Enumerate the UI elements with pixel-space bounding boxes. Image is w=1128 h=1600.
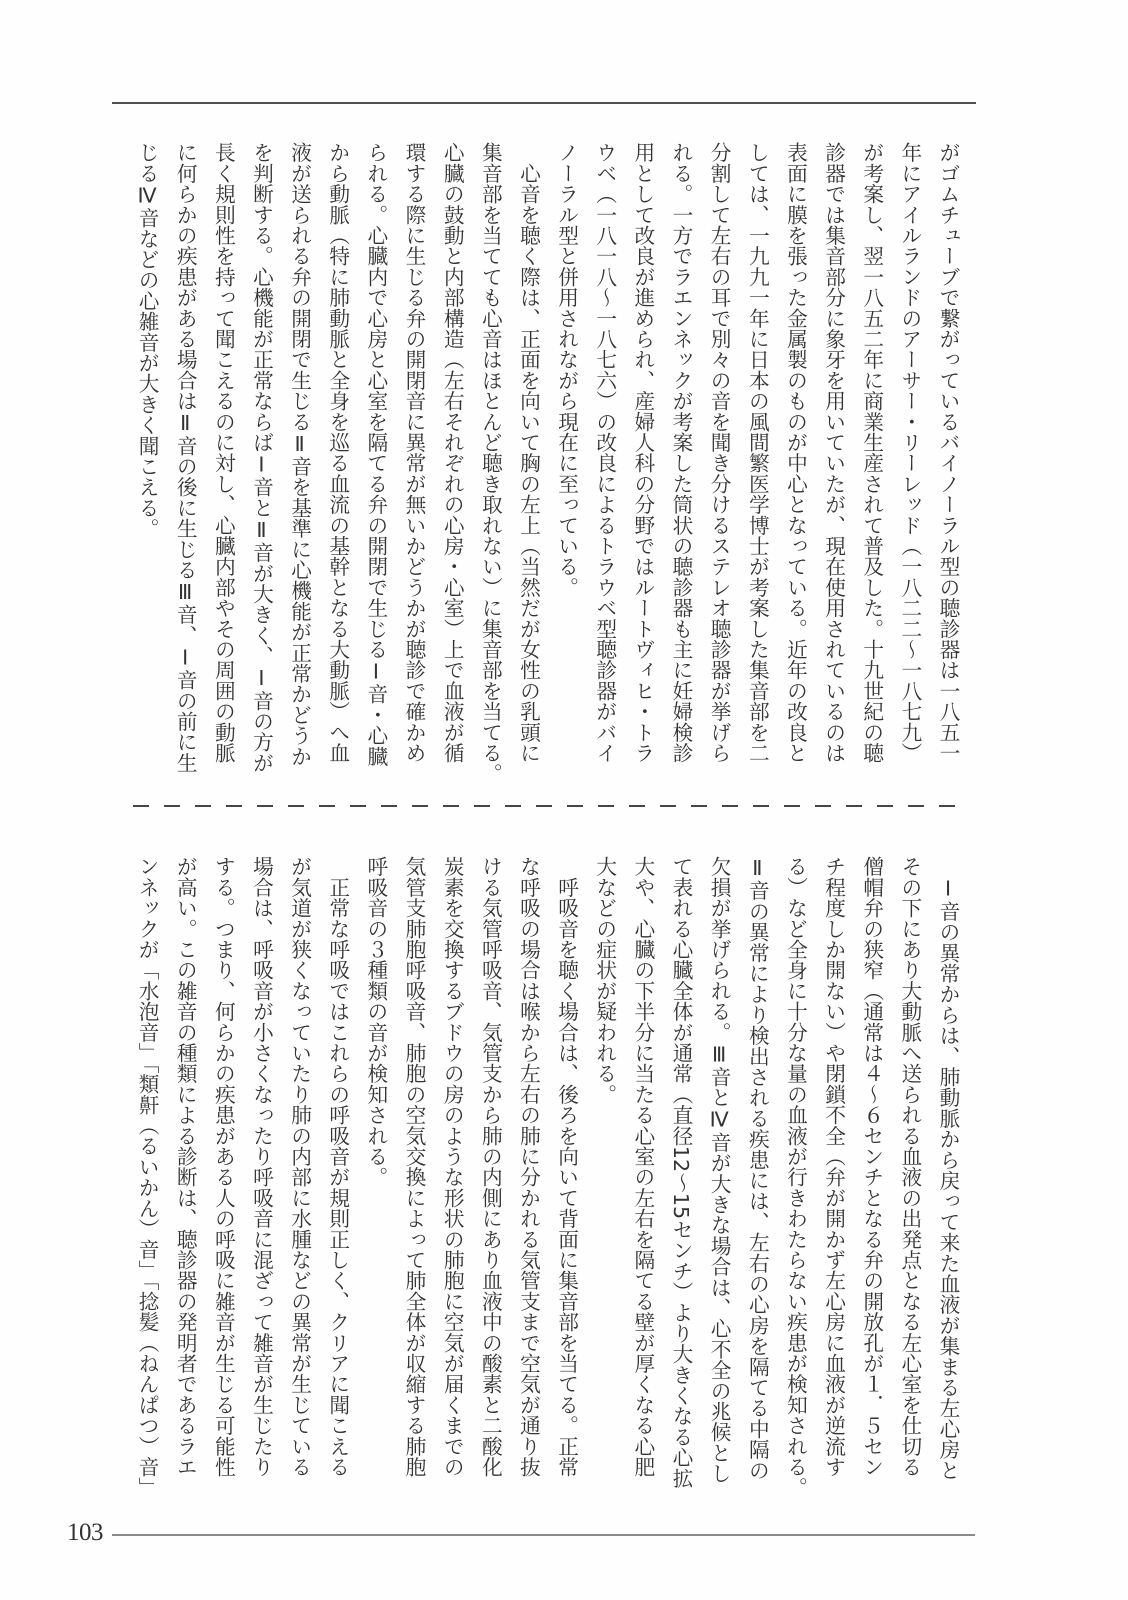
text-column: 心音を聴く際は、正面を向いて胸の左上（当然だが女性の乳頭に [509,142,547,768]
text-column: Ⅱ音の異常により検出される疾患には、左右の心房を隔てる中隔の [738,856,776,1478]
text-column: が気道が狭くなっていたり肺の内部に水腫などの異常が生じている [280,856,318,1478]
text-column: を判断する。心機能が正常ならばⅠ音とⅡ音が大きく、Ⅰ音の方が [242,142,280,768]
section-divider [133,805,955,807]
text-column: に何らかの疾患がある場合はⅡ音の後に生じるⅢ音、Ⅰ音の前に生 [166,142,204,768]
text-column: られる。心臓内で心房と心室を隔てる弁の開閉で生じるⅠ音・心臓 [357,142,395,768]
footer-rule [112,1534,975,1536]
text-column: 診器では集音部分に象牙を用いていたが、現在使用されているのは [814,142,852,768]
text-column: な呼吸の場合は喉から左右の肺に分かれる気管支まで空気が通り抜 [509,856,547,1478]
upper-text-section: がゴムチューブで繋がっているバイノーラル型の聴診器は一八五一 年にアイルランドの… [128,142,967,768]
text-column: 僧帽弁の狭窄（通常は４～６センチとなる弁の開放孔が１．５セン [853,856,891,1478]
text-column: が考案し、翌一八五二年に商業生産されて普及した。十九世紀の聴 [853,142,891,768]
lower-text-section: Ⅰ音の異常からは、肺動脈から戻って来た血液が集まる左心房と その下にあり大動脈へ… [128,856,967,1478]
text-column: 欠損が挙げられる。Ⅲ音とⅣ音が大きな場合は、心不全の兆候とし [700,856,738,1478]
page-number: 103 [67,1519,103,1547]
text-column: チ程度しか開ない）や閉鎖不全（弁が開かず左心房に血液が逆流す [814,856,852,1478]
document-page: がゴムチューブで繋がっているバイノーラル型の聴診器は一八五一 年にアイルランドの… [0,0,1128,1600]
text-column: 分割して左右の耳で別々の音を聞き分けるステレオ聴診器が挙げら [700,142,738,768]
text-column: ンネックが「水泡音」「類鼾（るいかん）音」「捻髪（ねんぱつ）音」 [128,856,166,1478]
text-column: じるⅣ音などの心雑音が大きく聞こえる。 [128,142,166,768]
text-column: 呼吸音を聴く場合は、後ろを向いて背面に集音部を当てる。正常 [547,856,585,1478]
text-column: がゴムチューブで繋がっているバイノーラル型の聴診器は一八五一 [929,142,967,768]
text-column: ノーラル型と併用されながら現在に至っている。 [547,142,585,768]
text-column: 大や、心臓の下半分に当たる心室の左右を隔てる壁が厚くなる心肥 [624,856,662,1478]
text-column: る）など全身に十分な量の血液が行きわたらない疾患が検知される。 [776,856,814,1478]
text-column: れる。一方でラエンネックが考案した筒状の聴診器も主に妊婦検診 [662,142,700,768]
text-column: 呼吸音の３種類の音が検知される。 [357,856,395,1478]
text-column: 場合は、呼吸音が小さくなったり呼吸音に混ざって雑音が生じたり [242,856,280,1478]
text-column: て表れる心臓全体が通常（直径12～15センチ）より大きくなる心拡 [662,856,700,1478]
text-column: 心臓の鼓動と内部構造（左右それぞれの心房・心室）上で血液が循 [433,142,471,768]
text-column: 気管支肺胞呼吸音、肺胞の空気交換によって肺全体が収縮する肺胞 [395,856,433,1478]
header-rule [112,102,976,104]
text-column: 用として改良が進められ、産婦人科の分野ではルートヴィヒ・トラ [624,142,662,768]
text-column: が高い。この雑音の種類による診断は、聴診器の発明者であるラエ [166,856,204,1478]
text-column: 表面に膜を張った金属製のものが中心となっている。近年の改良と [776,142,814,768]
text-column: 環する際に生じる弁の開閉音に異常が無いかどうかが聴診で確かめ [395,142,433,768]
text-column: 集音部を当てても心音はほとんど聴き取れない）に集音部を当てる。 [471,142,509,768]
text-column: 年にアイルランドのアーサー・リーレッド（一八二二～一八七九） [891,142,929,768]
text-column: しては、一九九一年に日本の風間繁医学博士が考案した集音部を二 [738,142,776,768]
text-column: Ⅰ音の異常からは、肺動脈から戻って来た血液が集まる左心房と [929,856,967,1478]
text-column: その下にあり大動脈へ送られる血液の出発点となる左心室を仕切る [891,856,929,1478]
text-column: から動脈（特に肺動脈と全身を巡る血流の基幹となる大動脈）へ血 [319,142,357,768]
text-column: 液が送られる弁の開閉で生じるⅡ音を基準に心機能が正常かどうか [280,142,318,768]
text-column: ける気管呼吸音、気管支から肺の内側にあり血液中の酸素と二酸化 [471,856,509,1478]
text-column: する。つまり、何らかの疾患がある人の呼吸に雑音が生じる可能性 [204,856,242,1478]
text-column: 正常な呼吸ではこれらの呼吸音が規則正しく、クリアに聞こえる [319,856,357,1478]
text-column: 炭素を交換するブドウの房のような形状の肺胞に空気が届くまでの [433,856,471,1478]
text-column: ウベ（一八一八～一八七六）の改良によるトラウベ型聴診器がバイ [586,142,624,768]
text-column: 大などの症状が疑われる。 [586,856,624,1478]
text-column: 長く規則性を持って聞こえるのに対し、心臓内部やその周囲の動脈 [204,142,242,768]
